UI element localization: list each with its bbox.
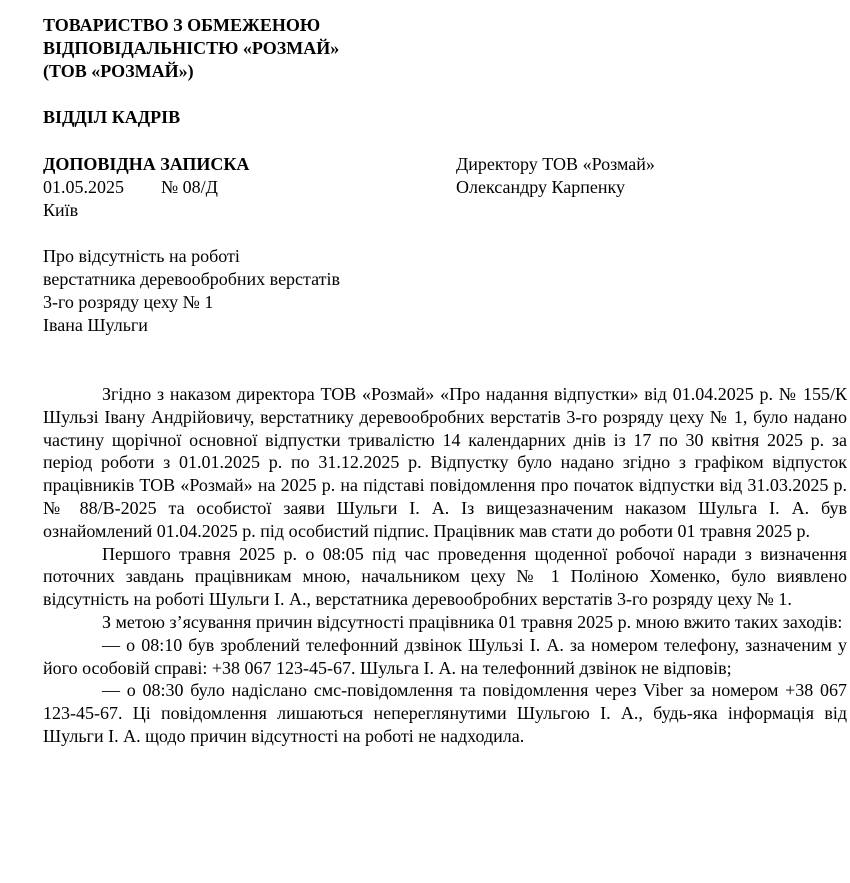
- department-name: ВІДДІЛ КАДРІВ: [43, 106, 180, 129]
- subject-line: верстатника деревообробних верстатів: [43, 268, 340, 291]
- document-date: 01.05.2025: [43, 177, 124, 197]
- subject-line: 3-го розряду цеху № 1: [43, 291, 340, 314]
- organization-line: ТОВАРИСТВО З ОБМЕЖЕНОЮ: [43, 14, 339, 37]
- body-paragraph: З метою з’ясування причин відсутності пр…: [43, 611, 847, 634]
- body-paragraph: Згідно з наказом директора ТОВ «Розмай» …: [43, 383, 847, 543]
- addressee-name: Олександру Карпенку: [456, 176, 655, 199]
- body-paragraph: — о 08:30 було надіслано смс-повідомленн…: [43, 679, 847, 747]
- document-body: Згідно з наказом директора ТОВ «Розмай» …: [43, 383, 847, 748]
- organization-name: ТОВАРИСТВО З ОБМЕЖЕНОЮ ВІДПОВІДАЛЬНІСТЮ …: [43, 14, 339, 83]
- document-number: № 08/Д: [161, 176, 218, 199]
- subject-line: Про відсутність на роботі: [43, 245, 340, 268]
- organization-line: ВІДПОВІДАЛЬНІСТЮ «РОЗМАЙ»: [43, 37, 339, 60]
- body-paragraph: Першого травня 2025 р. о 08:05 під час п…: [43, 543, 847, 611]
- document-type: ДОПОВІДНА ЗАПИСКА: [43, 153, 249, 176]
- subject-line: Івана Шульги: [43, 314, 340, 337]
- date-number-line: 01.05.2025 № 08/Д: [43, 176, 124, 199]
- addressee: Директору ТОВ «Розмай» Олександру Карпен…: [456, 153, 655, 199]
- city: Київ: [43, 199, 78, 222]
- addressee-position: Директору ТОВ «Розмай»: [456, 153, 655, 176]
- document-subject: Про відсутність на роботі верстатника де…: [43, 245, 340, 337]
- document-page: ТОВАРИСТВО З ОБМЕЖЕНОЮ ВІДПОВІДАЛЬНІСТЮ …: [0, 0, 850, 883]
- body-paragraph: — о 08:10 був зроблений телефонний дзвін…: [43, 634, 847, 680]
- organization-short-name: (ТОВ «РОЗМАЙ»): [43, 60, 339, 83]
